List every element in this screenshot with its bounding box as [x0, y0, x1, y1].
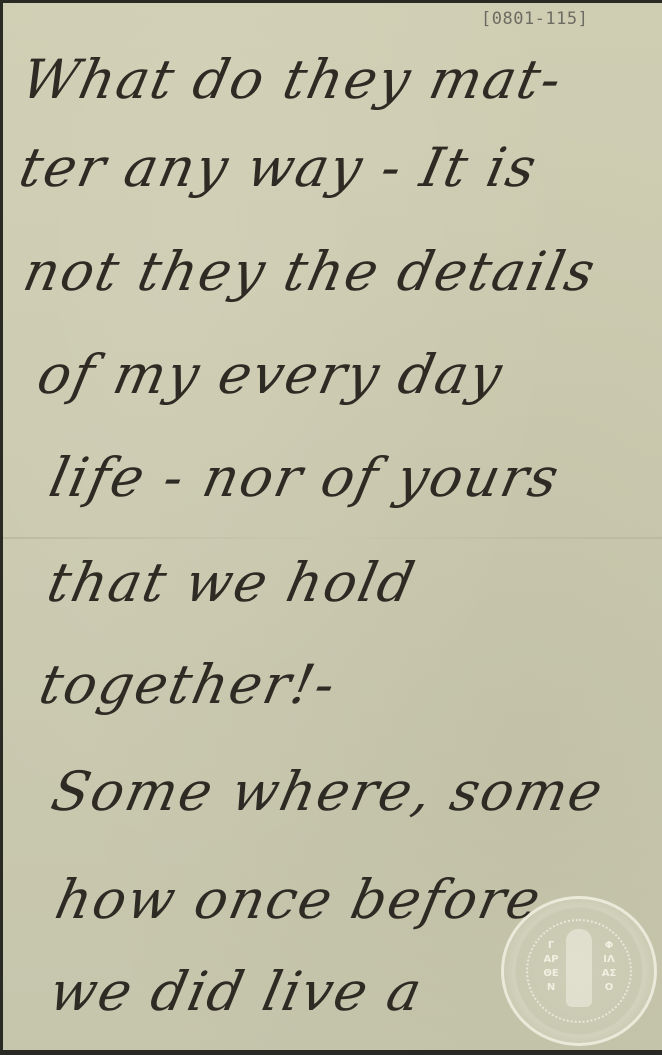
- letter-line-3: not they the details: [19, 245, 601, 299]
- seal-left-letters: Γ ΑΡ ΘΕ Ν: [540, 939, 562, 995]
- letter-line-8: Some where, some: [47, 765, 609, 819]
- letter-line-1: What do they mat-: [17, 53, 568, 107]
- seal-right-letters: Φ ΙΛ ΑΣ Ο: [598, 939, 620, 995]
- seal-figure-icon: [566, 929, 592, 1007]
- handwritten-text: What do they mat- ter any way - It is no…: [3, 3, 662, 1050]
- letter-line-6: that we hold: [43, 556, 420, 610]
- letter-line-9: how once before: [51, 873, 547, 927]
- letter-line-4: of my every day: [33, 348, 508, 402]
- letter-line-7: together!-: [35, 658, 341, 712]
- letter-line-2: ter any way - It is: [15, 141, 542, 195]
- letter-line-5: life - nor of yours: [45, 451, 565, 505]
- embossed-seal-icon: Γ ΑΡ ΘΕ Ν Φ ΙΛ ΑΣ Ο: [501, 896, 657, 1046]
- letter-page: [0801-115] What do they mat- ter any way…: [3, 3, 662, 1050]
- letter-line-10: we did live a: [45, 965, 428, 1019]
